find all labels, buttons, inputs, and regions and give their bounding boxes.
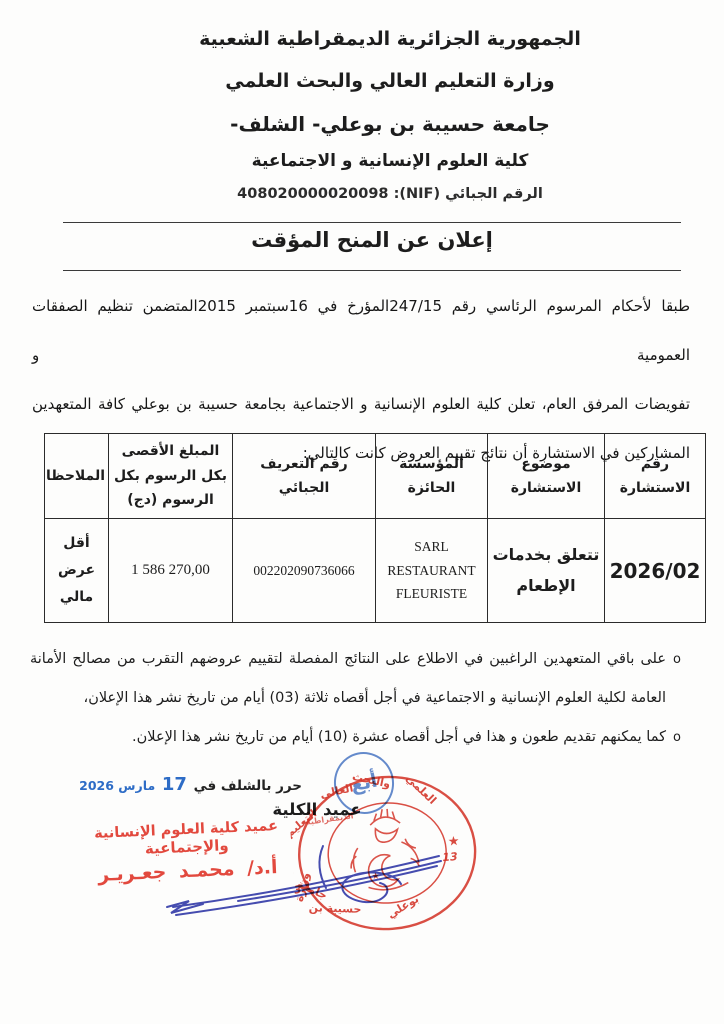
cell-remarks: أقل عرض مالي — [45, 519, 109, 623]
date-day-stamp: 17 — [160, 774, 189, 795]
date-prefix: حرر بالشلف في — [194, 778, 302, 794]
cell-tax-id: 002202090736066 — [233, 519, 376, 623]
list-item: o كما يمكنهم تقديم طعون و هذا في أجل أقص… — [30, 718, 688, 757]
university-name: جامعة حسيبة بن بوعلي- الشلف- — [60, 112, 720, 136]
col-consultation-number: رقم الاستشارة — [605, 434, 706, 519]
place-and-date: حرر بالشلف في 17 مارس 2026 — [142, 774, 302, 795]
table-header-row: رقم الاستشارة موضوع الاستشارة المؤسسة ال… — [45, 434, 706, 519]
note-text-2: كما يمكنهم تقديم طعون و هذا في أجل أقصاه… — [30, 718, 666, 757]
intro-line-1: طبقا لأحكام المرسوم الرئاسي رقم 247/15ال… — [32, 282, 690, 380]
title-rule-top — [63, 222, 681, 223]
stamp-word: العلمي — [403, 772, 439, 807]
faculty-name: كلية العلوم الإنسانية و الاجتماعية — [60, 151, 720, 171]
handwritten-signature — [158, 844, 458, 929]
intro-line-2: تفويضات المرفق العام، تعلن كلية العلوم ا… — [32, 380, 690, 429]
tax-registration-number: الرقم الجبائي (NIF): 408020000020098 — [60, 186, 720, 202]
cell-winning-company: SARL RESTAURANT FLEURISTE — [376, 519, 488, 623]
table-row: 2026/02 تتعلق بخدمات الإطعام SARL RESTAU… — [45, 519, 706, 623]
date-month-year-stamp: مارس 2026 — [79, 778, 155, 793]
col-remarks: الملاحظات — [45, 434, 109, 519]
col-max-amount: المبلغ الأقصى بكل الرسوم بكل الرسوم (دج) — [109, 434, 233, 519]
results-table: رقم الاستشارة موضوع الاستشارة المؤسسة ال… — [44, 433, 706, 623]
ministry-title: وزارة التعليم العالي والبحث العلمي — [60, 70, 720, 92]
cell-subject: تتعلق بخدمات الإطعام — [488, 519, 605, 623]
page-title: إعلان عن المنح المؤقت — [63, 228, 681, 252]
republic-title: الجمهورية الجزائرية الديمقراطية الشعبية — [60, 28, 720, 50]
list-item: o على باقي المتعهدين الراغبين في الاطلاع… — [30, 640, 688, 718]
col-winning-company: المؤسسة الحائزة — [376, 434, 488, 519]
notes-list: o على باقي المتعهدين الراغبين في الاطلاع… — [30, 640, 688, 757]
note-text-1: على باقي المتعهدين الراغبين في الاطلاع ع… — [30, 640, 666, 718]
bullet-marker: o — [666, 640, 688, 718]
initials-text: أبع — [349, 769, 380, 796]
scanned-announcement-document: الجمهورية الجزائرية الديمقراطية الشعبية … — [0, 0, 724, 1024]
title-rule-bottom — [63, 270, 681, 271]
col-consultation-subject: موضوع الاستشارة — [488, 434, 605, 519]
col-tax-id: رقم التعريف الجبائي — [233, 434, 376, 519]
bullet-marker: o — [666, 718, 688, 757]
cell-amount: 1 586 270,00 — [109, 519, 233, 623]
cell-consultation-number: 2026/02 — [605, 519, 706, 623]
